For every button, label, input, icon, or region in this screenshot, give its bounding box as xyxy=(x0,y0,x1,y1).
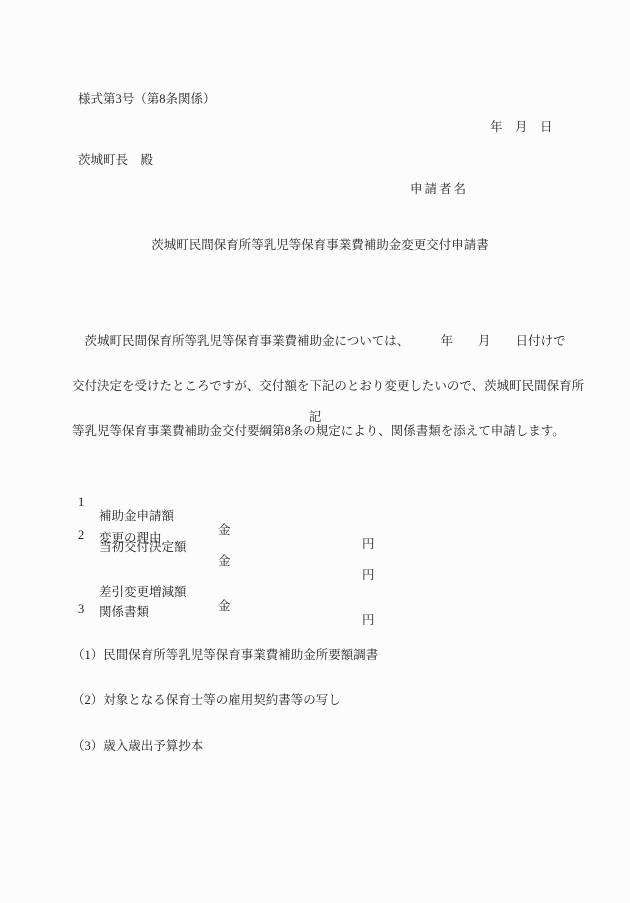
documents-section-heading: 3 関係書類 xyxy=(0,602,630,618)
attachment-item-2: （2）対象となる保育士等の雇用契約書等の写し xyxy=(72,691,378,709)
section-number-2: 2 xyxy=(78,528,84,543)
amount-row-label: 差引変更増減額 xyxy=(99,586,187,600)
document-title: 茨城町民間保育所等乳児等保育事業費補助金変更交付申請書 xyxy=(0,239,630,253)
section-number-1: 1 xyxy=(78,496,84,510)
attachment-list: （1）民間保育所等乳児等保育事業費補助金所要額調書 （2）対象となる保育士等の雇… xyxy=(72,618,378,782)
applicant-name-label: 申請者名 xyxy=(410,183,468,197)
application-paragraph: 茨城町民間保育所等乳児等保育事業費補助金については、 年 月 日付けで 交付決定… xyxy=(72,305,577,468)
amount-row-applied: 1 補助金申請額 金 円 xyxy=(0,483,630,501)
amount-row-label: 補助金申請額 xyxy=(99,510,174,524)
addressee-line: 茨城町長 殿 xyxy=(78,154,153,168)
form-number: 様式第3号（第8条関係） xyxy=(78,93,216,107)
section-number-3: 3 xyxy=(78,602,84,617)
currency-prefix-label: 金 xyxy=(218,555,231,569)
reason-section-heading: 2 変更の理由 xyxy=(0,528,630,544)
reason-section-title: 変更の理由 xyxy=(99,528,162,546)
attachment-item-3: （3）歳入歳出予算抄本 xyxy=(72,737,378,755)
attachment-item-1: （1）民間保育所等乳児等保育事業費補助金所要額調書 xyxy=(72,646,378,664)
date-placeholder: 年 月 日 xyxy=(490,121,553,135)
paragraph-line-3: 等乳児等保育事業費補助金交付要綱第8条の規定により、関係書類を添えて申請します。 xyxy=(72,423,577,441)
amount-row-difference: 差引変更増減額 金 円 xyxy=(0,573,630,591)
application-form-page: 様式第3号（第8条関係） 年 月 日 茨城町長 殿 申請者名 茨城町民間保育所等… xyxy=(0,0,630,903)
paragraph-line-1: 茨城町民間保育所等乳児等保育事業費補助金については、 年 月 日付けで xyxy=(72,333,577,351)
paragraph-line-2: 交付決定を受けたところですが、交付額を下記のとおり変更したいので、茨城町民間保育… xyxy=(72,378,577,396)
record-marker: 記 xyxy=(0,411,630,425)
